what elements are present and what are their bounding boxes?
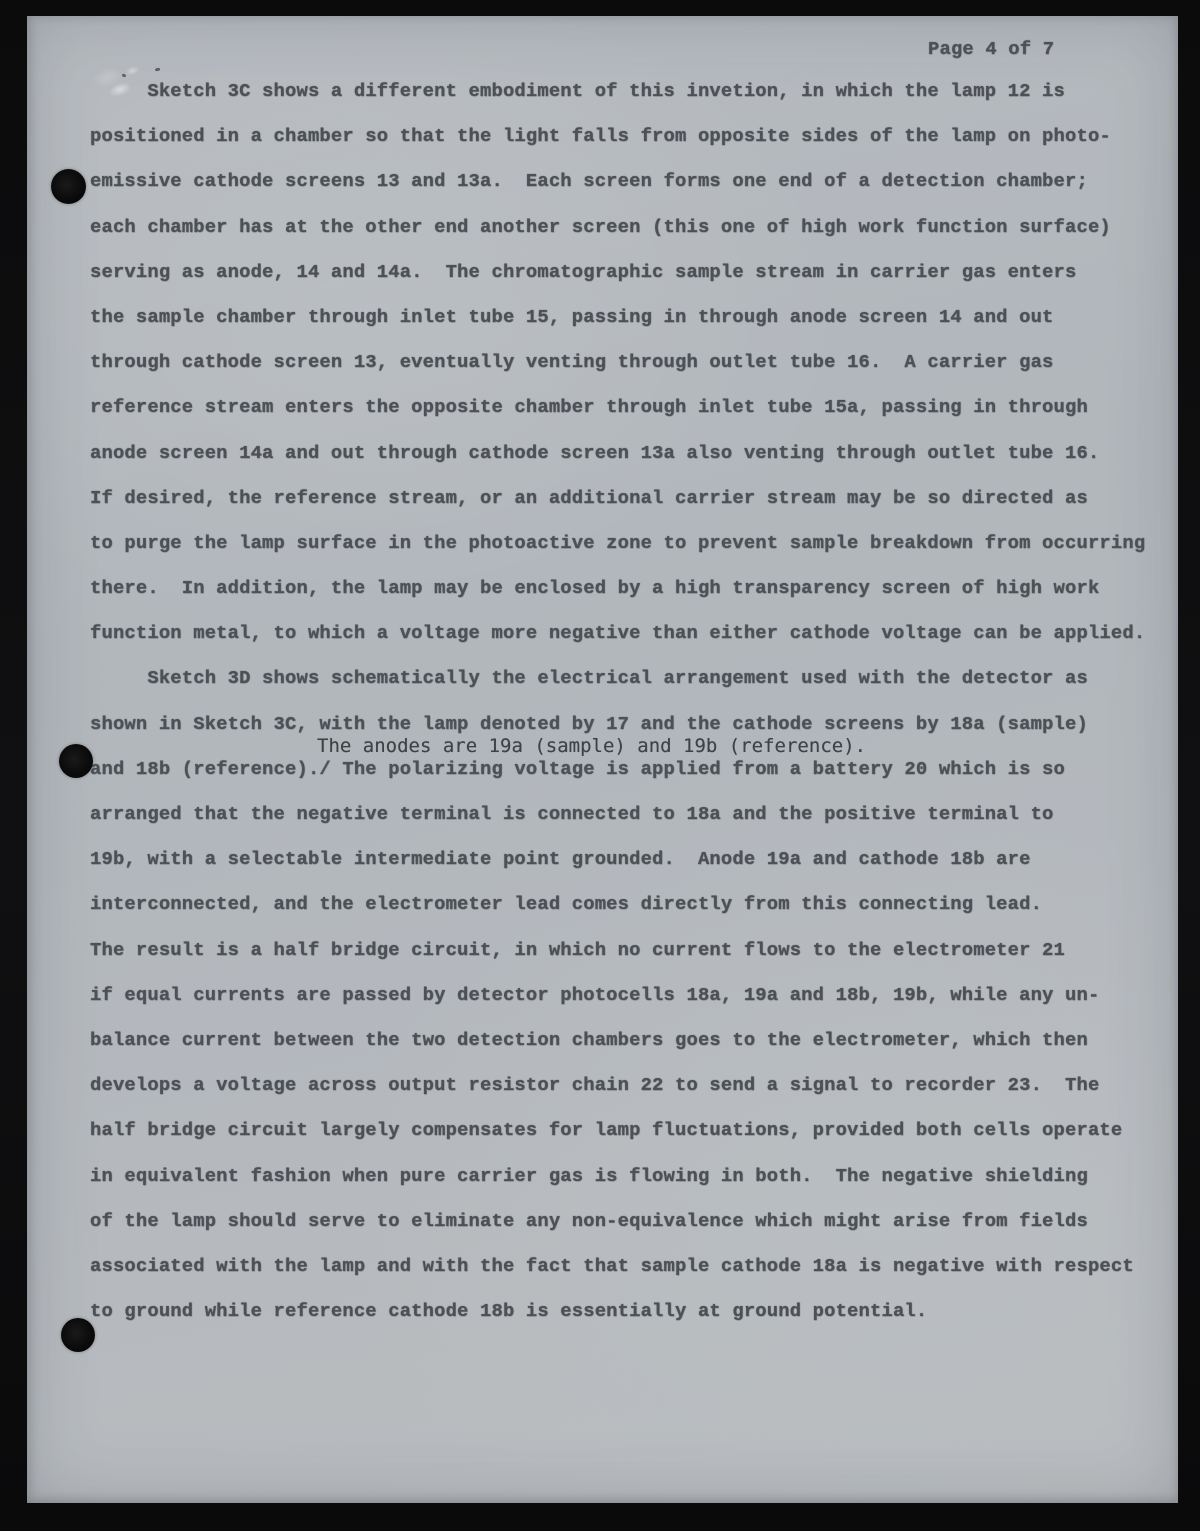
typed-line: arranged that the negative terminal is c… [90,792,1150,837]
punch-hole-middle [59,744,93,778]
typed-line: to purge the lamp surface in the photoac… [90,521,1150,566]
inserted-annotation: The anodes are 19a (sample) and 19b (ref… [317,735,866,757]
scan-background: Page 4 of 7 Sketch 3C shows a different … [0,0,1200,1531]
typed-line: balance current between the two detectio… [90,1018,1150,1063]
punch-hole-bottom [61,1318,95,1352]
typed-line: through cathode screen 13, eventually ve… [90,340,1150,385]
typed-line: of the lamp should serve to eliminate an… [90,1199,1150,1244]
typed-line: The result is a half bridge circuit, in … [90,928,1150,973]
typed-line: serving as anode, 14 and 14a. The chroma… [90,250,1150,295]
typed-line: half bridge circuit largely compensates … [90,1108,1150,1153]
typed-line: Sketch 3D shows schematically the electr… [90,656,1150,701]
typed-line: there. In addition, the lamp may be encl… [90,566,1150,611]
typed-line: interconnected, and the electrometer lea… [90,882,1150,927]
page-number-header: Page 4 of 7 [928,38,1054,60]
document-page: Page 4 of 7 Sketch 3C shows a different … [27,16,1178,1503]
typed-line: function metal, to which a voltage more … [90,611,1150,656]
typed-line: the sample chamber through inlet tube 15… [90,295,1150,340]
typed-line: in equivalent fashion when pure carrier … [90,1154,1150,1199]
typed-line: positioned in a chamber so that the ligh… [90,114,1150,159]
typed-line: Sketch 3C shows a different embodiment o… [90,69,1150,114]
typed-text-block: Sketch 3C shows a different embodiment o… [90,69,1150,1334]
typed-line: reference stream enters the opposite cha… [90,385,1150,430]
typed-line: If desired, the reference stream, or an … [90,476,1150,521]
typed-line: 19b, with a selectable intermediate poin… [90,837,1150,882]
typed-line: develops a voltage across output resisto… [90,1063,1150,1108]
typed-line: to ground while reference cathode 18b is… [90,1289,1150,1334]
typed-line: emissive cathode screens 13 and 13a. Eac… [90,159,1150,204]
typed-line: anode screen 14a and out through cathode… [90,431,1150,476]
typed-line: each chamber has at the other end anothe… [90,205,1150,250]
typed-line: if equal currents are passed by detector… [90,973,1150,1018]
typed-line: associated with the lamp and with the fa… [90,1244,1150,1289]
punch-hole-top [51,169,86,204]
